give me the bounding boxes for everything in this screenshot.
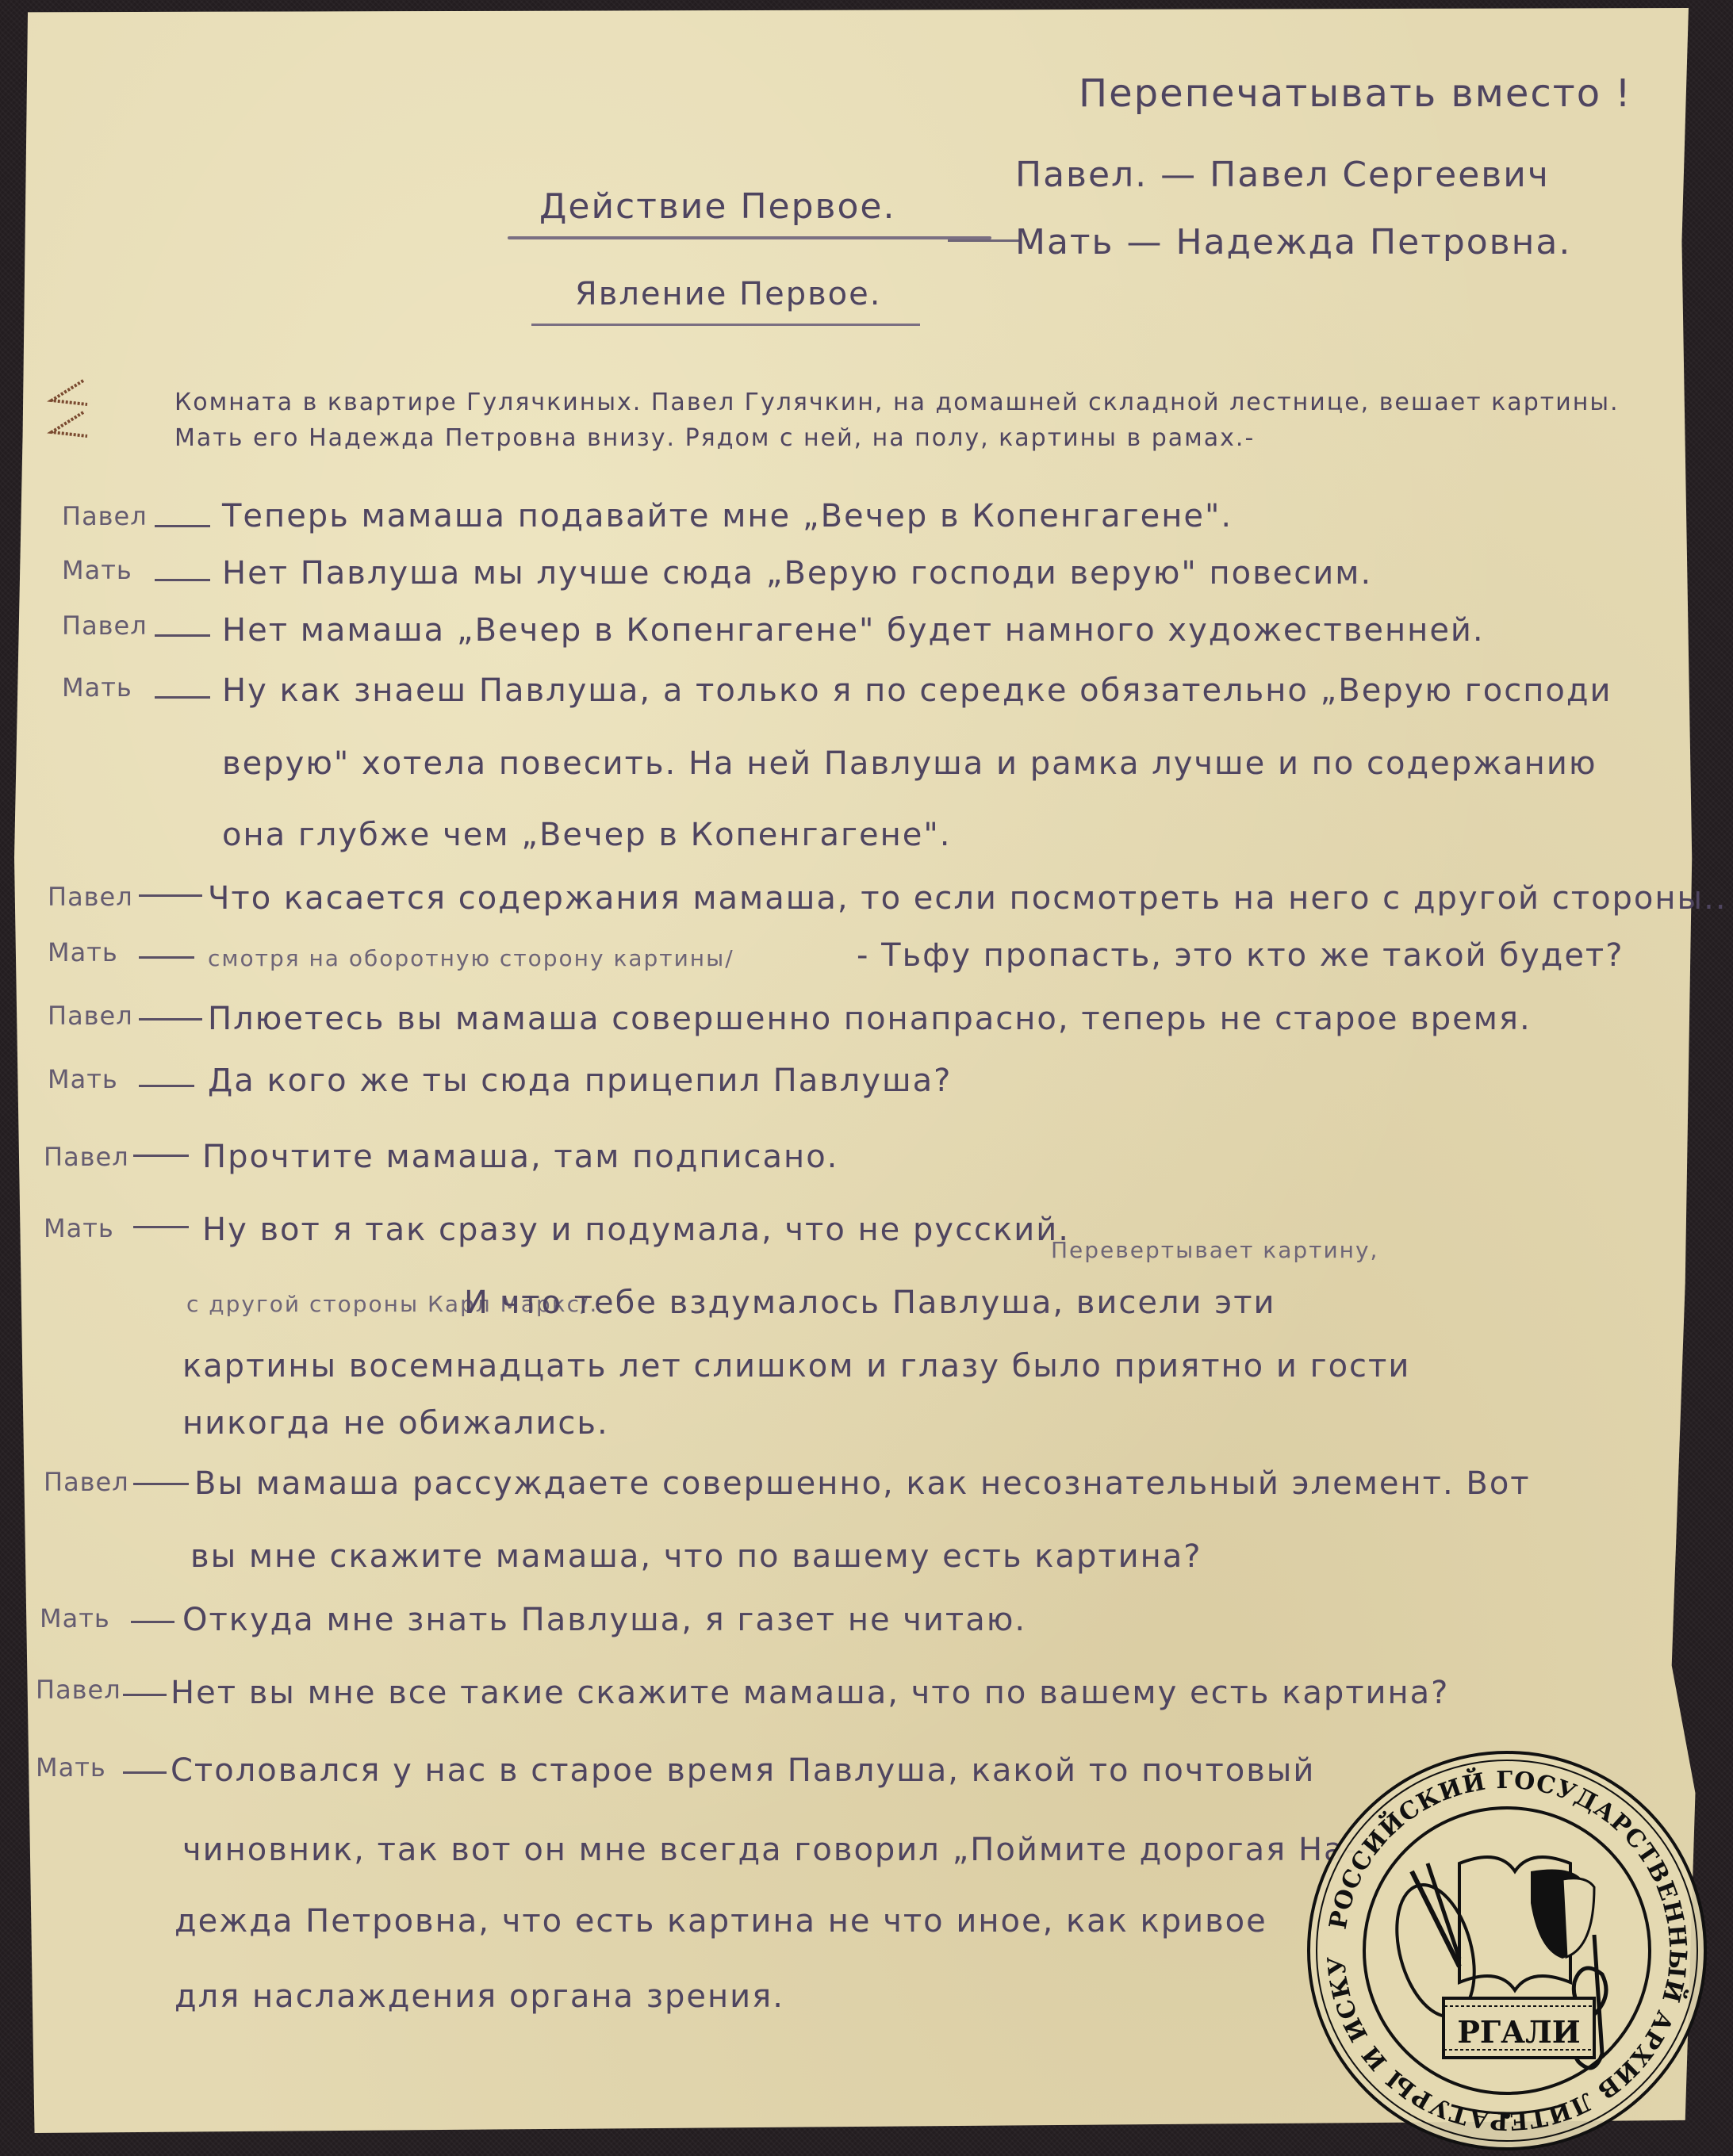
- speaker-dash: [155, 696, 210, 699]
- margin-note-heading: Перепечатывать вместо !: [1079, 71, 1632, 116]
- margin-note-replacement-mat: Мать — Надежда Петровна.: [1015, 222, 1571, 262]
- dialogue-line: чиновник, так вот он мне всегда говорил …: [182, 1832, 1358, 1868]
- stage-aside: Перевертывает картину,: [1051, 1237, 1378, 1263]
- speaker-dash: [123, 1694, 167, 1696]
- speaker-name: Павел: [62, 611, 148, 641]
- speaker-name: Мать: [48, 1064, 118, 1094]
- speaker-dash: [139, 1085, 194, 1087]
- stage-direction-line: Мать его Надежда Петровна внизу. Рядом с…: [174, 424, 1255, 452]
- dialogue-line: Вы мамаша рассуждаете совершенно, как не…: [194, 1465, 1531, 1502]
- margin-note-replacement-pavel: Павел. — Павел Сергеевич: [1015, 155, 1550, 195]
- dialogue-line: никогда не обижались.: [182, 1405, 609, 1442]
- archive-stamp-icon: РОССИЙСКИЙ ГОСУДАРСТВЕННЫЙ АРХИВ ЛИТЕРАТ…: [1301, 1744, 1713, 2156]
- speaker-dash: [133, 1483, 189, 1485]
- speaker-name: Павел: [48, 882, 133, 912]
- act-title: Действие Первое.: [539, 186, 895, 227]
- speaker-dash: [155, 579, 210, 581]
- replacement-to: Павел Сергеевич: [1210, 155, 1550, 195]
- speaker-dash: [155, 525, 210, 527]
- speaker-dash: [155, 634, 210, 637]
- dialogue-line: Нет вы мне все такие скажите мамаша, что…: [171, 1675, 1449, 1711]
- speaker-name: Мать: [40, 1603, 110, 1633]
- dialogue-line: вы мне скажите мамаша, что по вашему ест…: [190, 1538, 1202, 1575]
- speaker-dash: [123, 1771, 167, 1774]
- scene-title: Явление Первое.: [575, 276, 881, 312]
- speaker-name: Мать: [36, 1752, 106, 1783]
- connector-line: [948, 239, 1019, 242]
- dialogue-line: верую" хотела повесить. На ней Павлуша и…: [222, 745, 1597, 782]
- stage-direction-line: Комната в квартире Гулячкиных. Павел Гул…: [174, 389, 1620, 416]
- dialogue-line: Что касается содержания мамаша, то если …: [208, 880, 1727, 917]
- speaker-name: Мать: [48, 937, 118, 967]
- replacement-to: Надежда Петровна.: [1175, 222, 1571, 262]
- dialogue-line: Да кого же ты сюда прицепил Павлуша?: [208, 1063, 952, 1099]
- dialogue-line: дежда Петровна, что есть картина не что …: [174, 1903, 1267, 1940]
- speaker-name: Павел: [36, 1675, 121, 1705]
- dialogue-line: Нет мамаша „Вечер в Копенгагене" будет н…: [222, 612, 1485, 649]
- speaker-dash: [139, 1018, 202, 1021]
- speaker-name: Мать: [44, 1213, 114, 1243]
- speaker-dash: [139, 956, 194, 959]
- dialogue-line: Ну вот я так сразу и подумала, что не ру…: [202, 1212, 1070, 1248]
- dialogue-line: И что тебе вздумалось Павлуша, висели эт…: [464, 1285, 1275, 1321]
- speaker-name: Мать: [62, 672, 132, 703]
- dialogue-line: Откуда мне знать Павлуша, я газет не чит…: [182, 1602, 1026, 1638]
- dialogue-line: Теперь мамаша подавайте мне „Вечер в Коп…: [222, 498, 1233, 534]
- stage-aside: смотря на оборотную сторону картины/: [208, 945, 734, 971]
- dialogue-line: для наслаждения органа зрения.: [174, 1978, 784, 2015]
- speaker-name: Мать: [62, 555, 132, 585]
- speaker-dash: [131, 1621, 174, 1623]
- margin-pencil-mark-icon: [44, 377, 91, 440]
- speaker-name: Павел: [48, 1001, 133, 1031]
- dialogue-line: Прочтите мамаша, там подписано.: [202, 1139, 838, 1175]
- speaker-name: Павел: [44, 1467, 129, 1497]
- dialogue-line: Нет Павлуша мы лучше сюда „Верую господи…: [222, 555, 1372, 592]
- speaker-name: Павел: [62, 501, 148, 531]
- dialogue-line: она глубже чем „Вечер в Копенгагене".: [222, 817, 952, 853]
- stamp-abbreviation: РГАЛИ: [1457, 2014, 1580, 2050]
- scene-underline: [531, 324, 920, 326]
- speaker-dash: [133, 1226, 189, 1228]
- dialogue-line: Столовался у нас в старое время Павлуша,…: [171, 1752, 1315, 1789]
- speaker-dash: [133, 1155, 189, 1157]
- speaker-name: Павел: [44, 1142, 129, 1172]
- replacement-from: Павел.: [1015, 155, 1148, 195]
- act-underline: [508, 236, 991, 239]
- dialogue-line: - Тьфу пропасть, это кто же такой будет?: [857, 937, 1624, 974]
- dialogue-line: Ну как знаеш Павлуша, а только я по сере…: [222, 672, 1612, 709]
- dialogue-line: Плюетесь вы мамаша совершенно понапрасно…: [208, 1001, 1532, 1037]
- replacement-from: Мать: [1015, 222, 1114, 262]
- speaker-dash: [139, 894, 202, 897]
- dialogue-line: картины восемнадцать лет слишком и глазу…: [182, 1348, 1410, 1384]
